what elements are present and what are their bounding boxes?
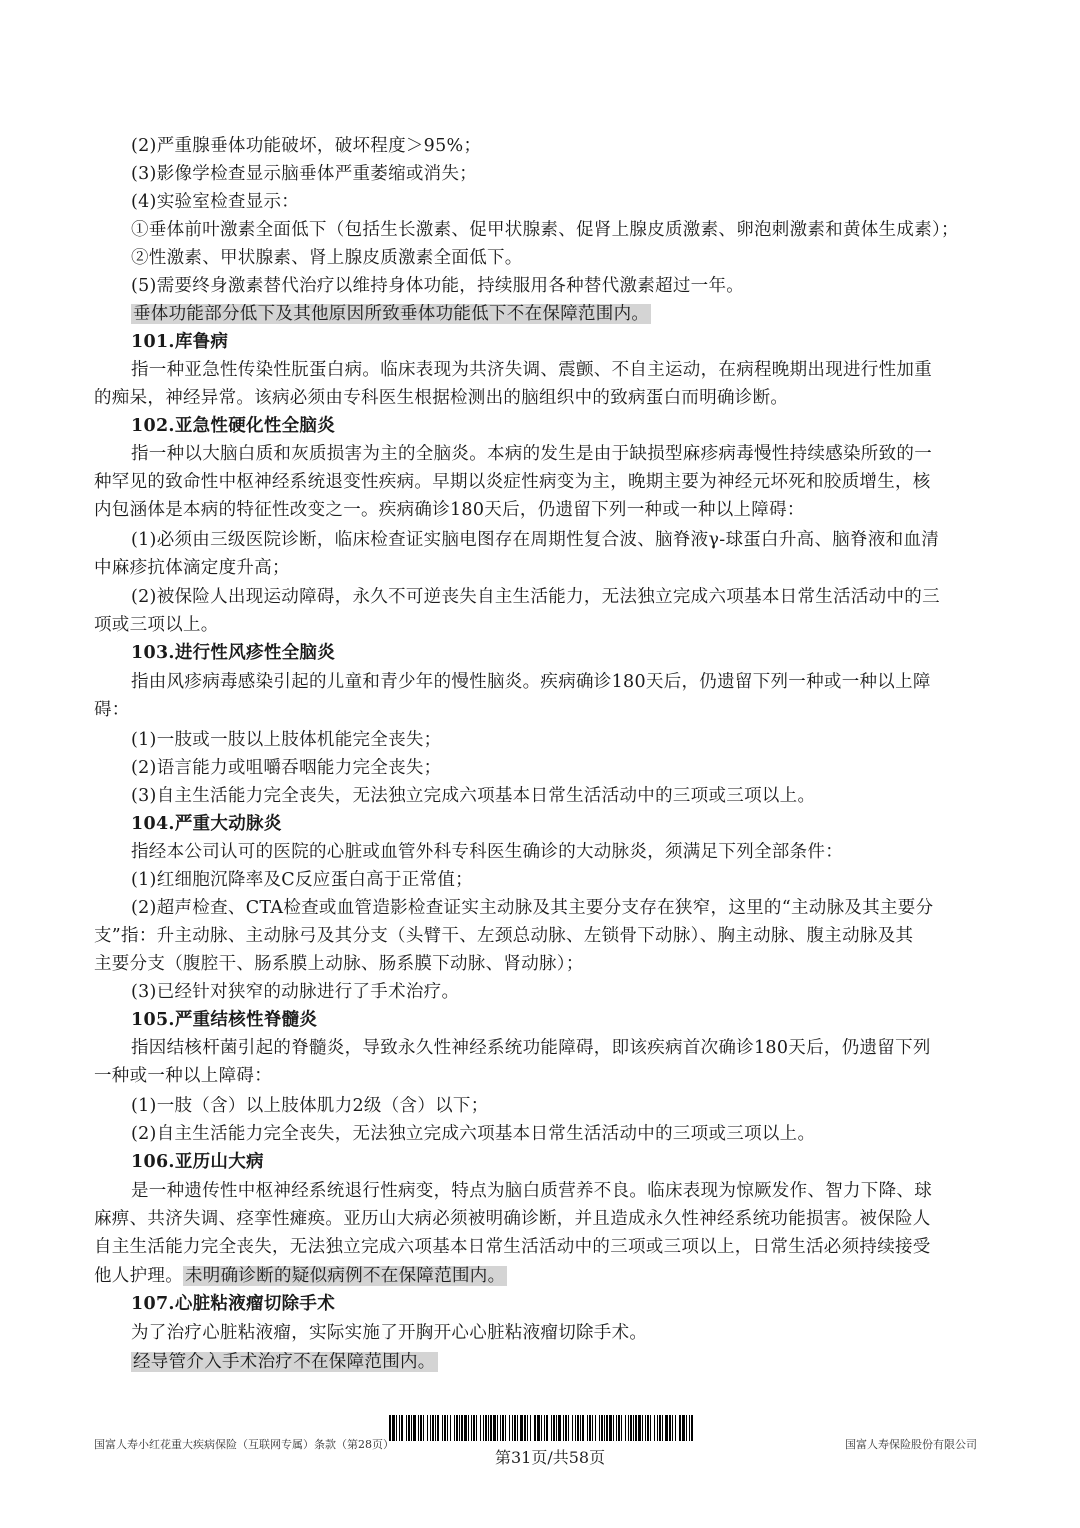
paragraph-line: 他人护理。未明确诊断的疑似病例不在保障范围内。 xyxy=(94,1263,507,1289)
paragraph-line: (4)实验室检查显示： xyxy=(131,189,299,215)
paragraph-line: 的痴呆，神经异常。该病必须由专科医生根据检测出的脑组织中的致病蛋白而明确诊断。 xyxy=(94,385,788,411)
exclusion-note: 经导管介入手术治疗不在保障范围内。 xyxy=(131,1349,438,1375)
line-text: (2)语言能力或咀嚼吞咽能力完全丧失； xyxy=(131,758,442,778)
line-text: (2)超声检查、CTA检查或血管造影检查证实主动脉及其主要分支存在狭窄，这里的“… xyxy=(131,898,933,918)
paragraph-line: 项或三项以上。 xyxy=(94,612,219,638)
line-text: 经导管介入手术治疗不在保障范围内。 xyxy=(131,1352,438,1372)
line-text: 垂体功能部分低下及其他原因所致垂体功能低下不在保障范围内。 xyxy=(131,304,651,324)
line-text: 指由风疹病毒感染引起的儿童和青少年的慢性脑炎。疾病确诊180天后，仍遗留下列一种… xyxy=(131,672,931,692)
paragraph-line: 种罕见的致命性中枢神经系统退变性疾病。早期以炎症性病变为主，晚期主要为神经元坏死… xyxy=(94,469,931,495)
line-text: 103.进行性风疹性全脑炎 xyxy=(131,643,335,663)
line-text: ①垂体前叶激素全面低下（包括生长激素、促甲状腺素、促肾上腺皮质激素、卵泡刺激素和… xyxy=(131,220,959,240)
paragraph-line: 内包涵体是本病的特征性改变之一。疾病确诊180天后，仍遗留下列一种或一种以上障碍… xyxy=(94,497,805,523)
section-heading: 106.亚历山大病 xyxy=(131,1149,264,1175)
paragraph-line: 指由风疹病毒感染引起的儿童和青少年的慢性脑炎。疾病确诊180天后，仍遗留下列一种… xyxy=(131,669,931,695)
line-text: ②性激素、甲状腺素、肾上腺皮质激素全面低下。 xyxy=(131,248,523,268)
section-heading: 103.进行性风疹性全脑炎 xyxy=(131,640,335,666)
line-text: (1)一肢或一肢以上肢体机能完全丧失； xyxy=(131,730,442,750)
line-text: 101.库鲁病 xyxy=(131,332,228,352)
paragraph-line: 是一种遗传性中枢神经系统退行性病变，特点为脑白质营养不良。临床表现为惊厥发作、智… xyxy=(131,1178,932,1204)
line-text: 主要分支（腹腔干、肠系膜上动脉、肠系膜下动脉、肾动脉）； xyxy=(94,954,584,974)
paragraph-line: 一种或一种以上障碍： xyxy=(94,1063,272,1089)
paragraph-line: 中麻疹抗体滴定度升高； xyxy=(94,555,290,581)
line-text: (4)实验室检查显示： xyxy=(131,192,299,212)
paragraph-line: 指一种以大脑白质和灰质损害为主的全脑炎。本病的发生是由于缺损型麻疹病毒慢性持续感… xyxy=(131,441,932,467)
line-text: (1)必须由三级医院诊断，临床检查证实脑电图存在周期性复合波、脑脊液γ-球蛋白升… xyxy=(131,530,939,550)
paragraph-line: (1)红细胞沉降率及C反应蛋白高于正常值； xyxy=(131,867,473,893)
line-text: (5)需要终身激素替代治疗以维持身体功能，持续服用各种替代激素超过一年。 xyxy=(131,276,744,296)
document-page: (2)严重腺垂体功能破坏，破坏程度＞95%；(3)影像学检查显示脑垂体严重萎缩或… xyxy=(0,0,1080,1528)
line-text: 指一种以大脑白质和灰质损害为主的全脑炎。本病的发生是由于缺损型麻疹病毒慢性持续感… xyxy=(131,444,932,464)
line-text: 指因结核杆菌引起的脊髓炎，导致永久性神经系统功能障碍，即该疾病首次确诊180天后… xyxy=(131,1038,931,1058)
line-text: 自主生活能力完全丧失，无法独立完成六项基本日常生活活动中的三项或三项以上，日常生… xyxy=(94,1237,931,1257)
paragraph-line: 为了治疗心脏粘液瘤，实际实施了开胸开心心脏粘液瘤切除手术。 xyxy=(131,1320,647,1346)
paragraph-line: (2)超声检查、CTA检查或血管造影检查证实主动脉及其主要分支存在狭窄，这里的“… xyxy=(131,895,933,921)
paragraph-line: 麻痹、共济失调、痉挛性瘫痪。亚历山大病必须被明确诊断，并且造成永久性神经系统功能… xyxy=(94,1206,931,1232)
paragraph-line: ②性激素、甲状腺素、肾上腺皮质激素全面低下。 xyxy=(131,245,523,271)
line-text: (3)自主生活能力完全丧失，无法独立完成六项基本日常生活活动中的三项或三项以上。 xyxy=(131,786,815,806)
line-text: 一种或一种以上障碍： xyxy=(94,1066,272,1086)
line-text: (3)已经针对狭窄的动脉进行了手术治疗。 xyxy=(131,982,459,1002)
paragraph-line: (3)自主生活能力完全丧失，无法独立完成六项基本日常生活活动中的三项或三项以上。 xyxy=(131,783,815,809)
paragraph-line: (2)严重腺垂体功能破坏，破坏程度＞95%； xyxy=(131,133,481,159)
section-heading: 102.亚急性硬化性全脑炎 xyxy=(131,413,335,439)
line-text: 指一种亚急性传染性朊蛋白病。临床表现为共济失调、震颤、不自主运动，在病程晚期出现… xyxy=(131,360,932,380)
line-text: (2)自主生活能力完全丧失，无法独立完成六项基本日常生活活动中的三项或三项以上。 xyxy=(131,1124,815,1144)
line-text: 105.严重结核性脊髓炎 xyxy=(131,1010,317,1030)
paragraph-line: ①垂体前叶激素全面低下（包括生长激素、促甲状腺素、促肾上腺皮质激素、卵泡刺激素和… xyxy=(131,217,959,243)
line-text: 他人护理。 xyxy=(94,1266,183,1286)
paragraph-line: (1)一肢（含）以上肢体肌力2级（含）以下； xyxy=(131,1093,489,1119)
line-text: (1)一肢（含）以上肢体肌力2级（含）以下； xyxy=(131,1096,489,1116)
line-text: 指经本公司认可的医院的心脏或血管外科专科医生确诊的大动脉炎，须满足下列全部条件： xyxy=(131,842,843,862)
line-text: 支”指：升主动脉、主动脉弓及其分支（头臂干、左颈总动脉、左锁骨下动脉）、胸主动脉… xyxy=(94,926,913,946)
paragraph-line: 支”指：升主动脉、主动脉弓及其分支（头臂干、左颈总动脉、左锁骨下动脉）、胸主动脉… xyxy=(94,923,913,949)
line-text: (2)严重腺垂体功能破坏，破坏程度＞95%； xyxy=(131,136,481,156)
line-text: 种罕见的致命性中枢神经系统退变性疾病。早期以炎症性病变为主，晚期主要为神经元坏死… xyxy=(94,472,931,492)
line-text: 麻痹、共济失调、痉挛性瘫痪。亚历山大病必须被明确诊断，并且造成永久性神经系统功能… xyxy=(94,1209,931,1229)
exclusion-note: 未明确诊断的疑似病例不在保障范围内。 xyxy=(183,1266,507,1286)
line-text: 104.严重大动脉炎 xyxy=(131,814,282,834)
paragraph-line: (5)需要终身激素替代治疗以维持身体功能，持续服用各种替代激素超过一年。 xyxy=(131,273,744,299)
line-text: 内包涵体是本病的特征性改变之一。疾病确诊180天后，仍遗留下列一种或一种以上障碍… xyxy=(94,500,805,520)
paragraph-line: 指一种亚急性传染性朊蛋白病。临床表现为共济失调、震颤、不自主运动，在病程晚期出现… xyxy=(131,357,932,383)
line-text: 中麻疹抗体滴定度升高； xyxy=(94,558,290,578)
section-heading: 101.库鲁病 xyxy=(131,329,228,355)
paragraph-line: (2)语言能力或咀嚼吞咽能力完全丧失； xyxy=(131,755,442,781)
footer-page-number: 第31页/共58页 xyxy=(495,1445,605,1468)
paragraph-line: 自主生活能力完全丧失，无法独立完成六项基本日常生活活动中的三项或三项以上，日常生… xyxy=(94,1234,931,1260)
paragraph-line: 指经本公司认可的医院的心脏或血管外科专科医生确诊的大动脉炎，须满足下列全部条件： xyxy=(131,839,843,865)
paragraph-line: (3)已经针对狭窄的动脉进行了手术治疗。 xyxy=(131,979,459,1005)
line-text: 102.亚急性硬化性全脑炎 xyxy=(131,416,335,436)
barcode-icon xyxy=(389,1415,696,1441)
paragraph-line: (2)被保险人出现运动障碍，永久不可逆丧失自主生活能力，无法独立完成六项基本日常… xyxy=(131,584,940,610)
exclusion-note: 垂体功能部分低下及其他原因所致垂体功能低下不在保障范围内。 xyxy=(131,301,651,327)
line-text: (1)红细胞沉降率及C反应蛋白高于正常值； xyxy=(131,870,473,890)
paragraph-line: 碍： xyxy=(94,697,130,723)
line-text: 106.亚历山大病 xyxy=(131,1152,264,1172)
paragraph-line: (1)必须由三级医院诊断，临床检查证实脑电图存在周期性复合波、脑脊液γ-球蛋白升… xyxy=(131,527,939,553)
line-text: 为了治疗心脏粘液瘤，实际实施了开胸开心心脏粘液瘤切除手术。 xyxy=(131,1323,647,1343)
paragraph-line: 主要分支（腹腔干、肠系膜上动脉、肠系膜下动脉、肾动脉）； xyxy=(94,951,584,977)
paragraph-line: (3)影像学检查显示脑垂体严重萎缩或消失； xyxy=(131,161,477,187)
line-text: 碍： xyxy=(94,700,130,720)
paragraph-line: (2)自主生活能力完全丧失，无法独立完成六项基本日常生活活动中的三项或三项以上。 xyxy=(131,1121,815,1147)
section-heading: 107.心脏粘液瘤切除手术 xyxy=(131,1291,335,1317)
line-text: (2)被保险人出现运动障碍，永久不可逆丧失自主生活能力，无法独立完成六项基本日常… xyxy=(131,587,940,607)
section-heading: 104.严重大动脉炎 xyxy=(131,811,282,837)
paragraph-line: 指因结核杆菌引起的脊髓炎，导致永久性神经系统功能障碍，即该疾病首次确诊180天后… xyxy=(131,1035,931,1061)
line-text: 的痴呆，神经异常。该病必须由专科医生根据检测出的脑组织中的致病蛋白而明确诊断。 xyxy=(94,388,788,408)
line-text: (3)影像学检查显示脑垂体严重萎缩或消失； xyxy=(131,164,477,184)
section-heading: 105.严重结核性脊髓炎 xyxy=(131,1007,317,1033)
footer-document-title: 国富人寿小红花重大疾病保险（互联网专属）条款（第28页） xyxy=(94,1436,394,1452)
line-text: 是一种遗传性中枢神经系统退行性病变，特点为脑白质营养不良。临床表现为惊厥发作、智… xyxy=(131,1181,932,1201)
line-text: 107.心脏粘液瘤切除手术 xyxy=(131,1294,335,1314)
paragraph-line: (1)一肢或一肢以上肢体机能完全丧失； xyxy=(131,727,442,753)
line-text: 项或三项以上。 xyxy=(94,615,219,635)
footer-company-name: 国富人寿保险股份有限公司 xyxy=(845,1436,977,1452)
